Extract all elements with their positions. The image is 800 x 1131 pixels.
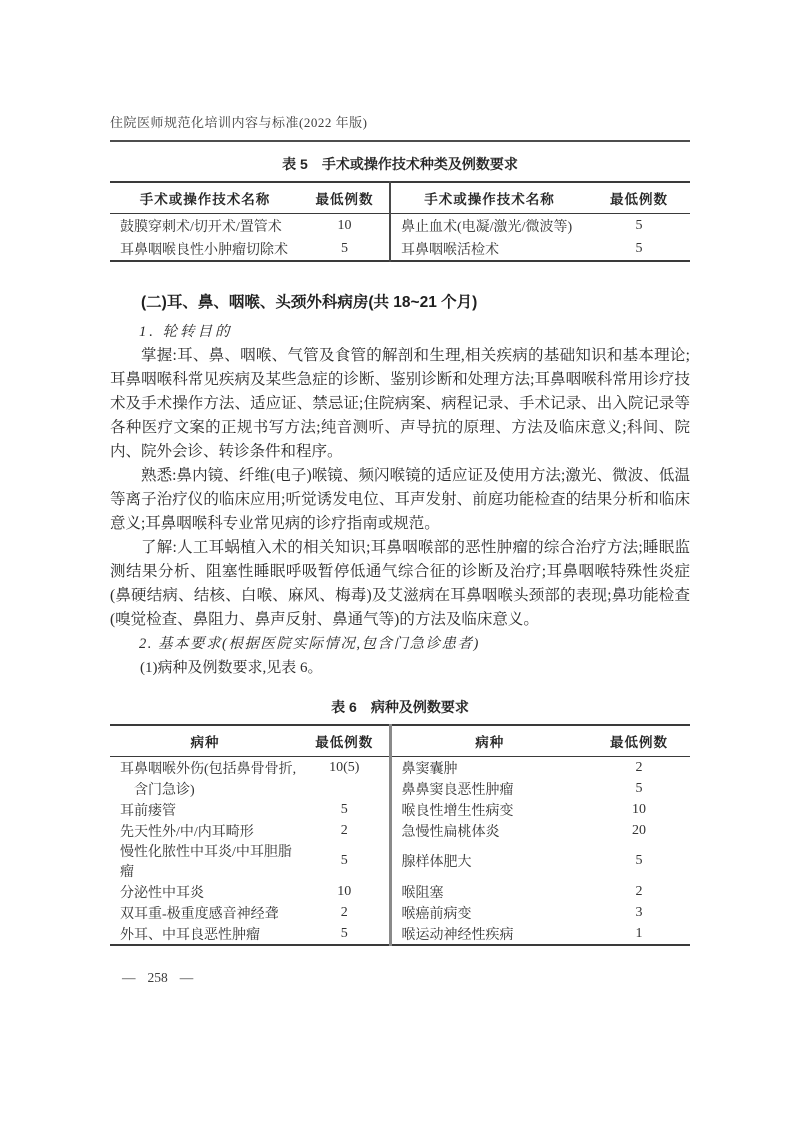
table6-caption-title: 病种及例数要求 bbox=[371, 699, 469, 715]
table6-col-header: 病种 bbox=[390, 725, 588, 757]
min-case-count: 5 bbox=[588, 237, 690, 261]
table-row: 含门急诊) 鼻鼻窦良恶性肿瘤 5 bbox=[110, 778, 690, 799]
table6-col-header: 最低例数 bbox=[300, 725, 390, 757]
min-case-count: 10 bbox=[300, 214, 390, 238]
footer-right-dash: — bbox=[180, 970, 194, 985]
page-number: 258 bbox=[148, 970, 168, 985]
disease-name: 喉癌前病变 bbox=[390, 902, 588, 923]
table-row: 双耳重-极重度感音神经聋 2 喉癌前病变 3 bbox=[110, 902, 690, 923]
table5-col-header: 手术或操作技术名称 bbox=[110, 182, 300, 214]
basic-requirements-item: 2. 基本要求(根据医院实际情况,包含门急诊患者) bbox=[110, 635, 690, 653]
disease-name: 鼻窦囊肿 bbox=[390, 757, 588, 779]
disease-name: 耳前瘘管 bbox=[110, 799, 300, 820]
table6-col-header: 病种 bbox=[110, 725, 300, 757]
min-case-count: 2 bbox=[300, 902, 390, 923]
table6-diseases: 病种 最低例数 病种 最低例数 耳鼻咽喉外伤(包括鼻骨骨折, 10(5) 鼻窦囊… bbox=[110, 724, 690, 946]
disease-name: 鼻鼻窦良恶性肿瘤 bbox=[390, 778, 588, 799]
min-case-count: 1 bbox=[588, 923, 690, 945]
min-case-count: 5 bbox=[588, 841, 690, 881]
min-case-count: 10(5) bbox=[300, 757, 390, 779]
disease-name: 喉阻塞 bbox=[390, 881, 588, 902]
min-case-count bbox=[300, 778, 390, 799]
disease-name: 分泌性中耳炎 bbox=[110, 881, 300, 902]
disease-name: 双耳重-极重度感音神经聋 bbox=[110, 902, 300, 923]
disease-name: 外耳、中耳良恶性肿瘤 bbox=[110, 923, 300, 945]
table-row: 鼓膜穿刺术/切开术/置管术 10 鼻止血术(电凝/激光/微波等) 5 bbox=[110, 214, 690, 238]
disease-name: 腺样体肥大 bbox=[390, 841, 588, 881]
disease-name: 耳鼻咽喉外伤(包括鼻骨骨折, bbox=[110, 757, 300, 779]
table6-header-row: 病种 最低例数 病种 最低例数 bbox=[110, 725, 690, 757]
table6-caption: 表 6病种及例数要求 bbox=[110, 700, 690, 715]
disease-name-continuation: 含门急诊) bbox=[110, 778, 300, 799]
min-case-count: 5 bbox=[300, 237, 390, 261]
procedure-name: 鼻止血术(电凝/激光/微波等) bbox=[390, 214, 588, 238]
table-row: 分泌性中耳炎 10 喉阻塞 2 bbox=[110, 881, 690, 902]
min-case-count: 20 bbox=[588, 820, 690, 841]
table5-header-row: 手术或操作技术名称 最低例数 手术或操作技术名称 最低例数 bbox=[110, 182, 690, 214]
min-case-count: 2 bbox=[588, 757, 690, 779]
paragraph-familiar: 熟悉:鼻内镜、纤维(电子)喉镜、频闪喉镜的适应证及使用方法;激光、微波、低温等离… bbox=[110, 464, 690, 536]
min-case-count: 5 bbox=[588, 778, 690, 799]
disease-name: 先天性外/中/内耳畸形 bbox=[110, 820, 300, 841]
running-header: 住院医师规范化培训内容与标准(2022 年版) bbox=[110, 114, 690, 142]
min-case-count: 5 bbox=[300, 841, 390, 881]
paragraph-understand: 了解:人工耳蜗植入术的相关知识;耳鼻咽喉部的恶性肿瘤的综合治疗方法;睡眠监测结果… bbox=[110, 536, 690, 632]
disease-name: 喉良性增生性病变 bbox=[390, 799, 588, 820]
table6-col-header: 最低例数 bbox=[588, 725, 690, 757]
min-case-count: 2 bbox=[588, 881, 690, 902]
procedure-name: 耳鼻咽喉良性小肿瘤切除术 bbox=[110, 237, 300, 261]
rotation-purpose-item: 1. 轮转目的 bbox=[110, 323, 690, 341]
page-content: 住院医师规范化培训内容与标准(2022 年版) 表 5手术或操作技术种类及例数要… bbox=[110, 0, 690, 946]
min-case-count: 5 bbox=[300, 923, 390, 945]
table5-caption: 表 5手术或操作技术种类及例数要求 bbox=[110, 157, 690, 172]
table5-col-header: 最低例数 bbox=[588, 182, 690, 214]
page-number-footer: —258— bbox=[122, 970, 193, 986]
paragraph-master: 掌握:耳、鼻、咽喉、气管及食管的解剖和生理,相关疾病的基础知识和基本理论;耳鼻咽… bbox=[110, 344, 690, 464]
min-case-count: 10 bbox=[300, 881, 390, 902]
disease-name: 慢性化脓性中耳炎/中耳胆脂瘤 bbox=[110, 841, 300, 881]
footer-left-dash: — bbox=[122, 970, 136, 985]
procedure-name: 鼓膜穿刺术/切开术/置管术 bbox=[110, 214, 300, 238]
min-case-count: 5 bbox=[588, 214, 690, 238]
min-case-count: 2 bbox=[300, 820, 390, 841]
table-row: 先天性外/中/内耳畸形 2 急慢性扁桃体炎 20 bbox=[110, 820, 690, 841]
disease-name: 急慢性扁桃体炎 bbox=[390, 820, 588, 841]
disease-requirements-line: (1)病种及例数要求,见表 6。 bbox=[110, 659, 690, 677]
procedure-name: 耳鼻咽喉活检术 bbox=[390, 237, 588, 261]
table-row: 耳鼻咽喉良性小肿瘤切除术 5 耳鼻咽喉活检术 5 bbox=[110, 237, 690, 261]
table5-caption-title: 手术或操作技术种类及例数要求 bbox=[322, 156, 518, 172]
body-paragraphs: 掌握:耳、鼻、咽喉、气管及食管的解剖和生理,相关疾病的基础知识和基本理论;耳鼻咽… bbox=[110, 344, 690, 632]
disease-name: 喉运动神经性疾病 bbox=[390, 923, 588, 945]
min-case-count: 3 bbox=[588, 902, 690, 923]
table-row: 慢性化脓性中耳炎/中耳胆脂瘤 5 腺样体肥大 5 bbox=[110, 841, 690, 881]
table5-procedures: 手术或操作技术名称 最低例数 手术或操作技术名称 最低例数 鼓膜穿刺术/切开术/… bbox=[110, 181, 690, 262]
table5-col-header: 最低例数 bbox=[300, 182, 390, 214]
table5-caption-label: 表 5 bbox=[282, 156, 308, 172]
table-row: 耳前瘘管 5 喉良性增生性病变 10 bbox=[110, 799, 690, 820]
table6-caption-label: 表 6 bbox=[331, 699, 357, 715]
document-page: { "page": { "header": "住院医师规范化培训内容与标准(20… bbox=[0, 0, 800, 1131]
min-case-count: 5 bbox=[300, 799, 390, 820]
table5-col-header: 手术或操作技术名称 bbox=[390, 182, 588, 214]
table-row: 外耳、中耳良恶性肿瘤 5 喉运动神经性疾病 1 bbox=[110, 923, 690, 945]
min-case-count: 10 bbox=[588, 799, 690, 820]
table-row: 耳鼻咽喉外伤(包括鼻骨骨折, 10(5) 鼻窦囊肿 2 bbox=[110, 757, 690, 779]
section-heading: (二)耳、鼻、咽喉、头颈外科病房(共 18~21 个月) bbox=[110, 293, 690, 312]
